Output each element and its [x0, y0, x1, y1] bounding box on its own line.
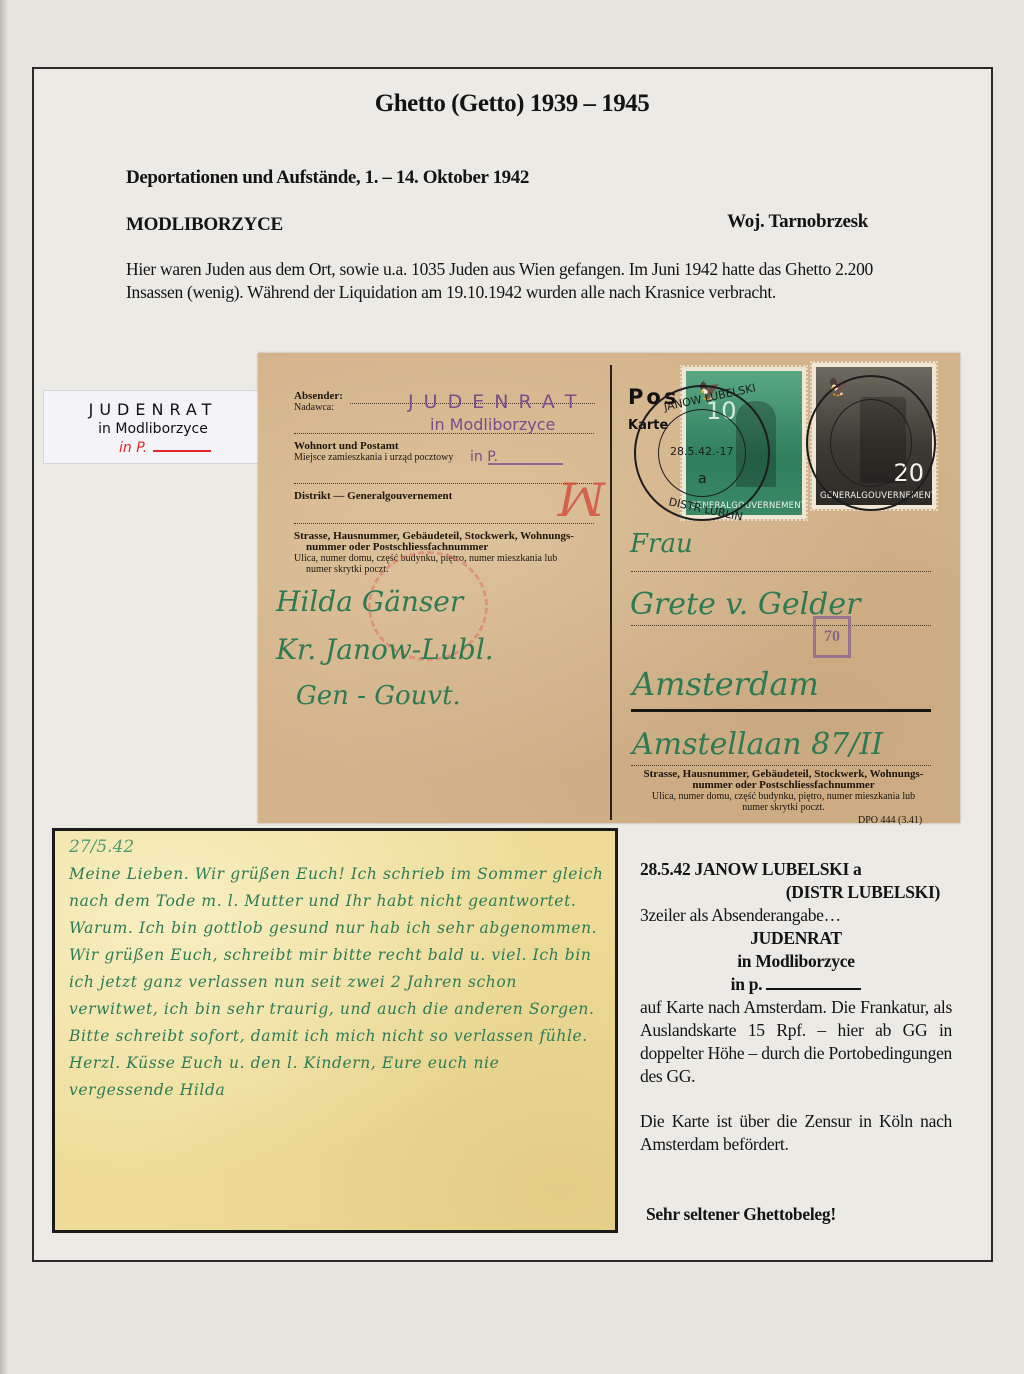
desc-sender-note: 3zeiler als Absenderangabe…	[640, 904, 952, 927]
district-dotted-line	[294, 523, 594, 524]
postmark-date: 28.5.42.-17	[670, 445, 733, 458]
sender-handwritten-line-3: Gen - Gouvt.	[296, 681, 461, 711]
red-crayon-mark: ꟽ	[558, 473, 605, 527]
desc-town: in Modliborzyce	[640, 950, 952, 973]
postcard-divider	[610, 365, 612, 820]
place-name: MODLIBORZYCE	[126, 214, 283, 236]
label-line-3: in P.	[44, 440, 262, 456]
desc-district-line: (DISTR LUBELSKI)	[640, 881, 952, 904]
intro-paragraph: Hier waren Juden aus dem Ort, sowie u.a.…	[126, 258, 873, 304]
region-name: Woj. Tarnobrzesk	[727, 211, 868, 233]
judenrat-handstamp-line-2: in Modliborzyce	[430, 415, 555, 434]
postcard-front: Absender: Nadawca: J U D E N R A T in Mo…	[258, 353, 960, 823]
recipient-dotted-line-1	[631, 571, 931, 572]
recipient-line-1: Frau	[630, 529, 693, 559]
desc-in-p: in p.	[640, 973, 952, 996]
desc-judenrat: JUDENRAT	[640, 927, 952, 950]
letter-message: Meine Lieben. Wir grüßen Euch! Ich schri…	[69, 861, 609, 1104]
label-blank-line	[153, 440, 211, 452]
page-title: Ghetto (Getto) 1939 – 1945	[0, 90, 1024, 118]
label-line-3-text: in P.	[119, 440, 147, 456]
label-line-1: JUDENRAT	[44, 400, 262, 419]
postmark-sub: a	[698, 471, 707, 487]
postcard-back: 27/5.42 Meine Lieben. Wir grüßen Euch! I…	[52, 828, 618, 1233]
recipient-line-4: Amstellaan 87/II	[632, 727, 883, 762]
judenrat-label: JUDENRAT in Modliborzyce in P.	[43, 390, 263, 464]
sender-handwritten-line-1: Hilda Gänser	[276, 585, 463, 618]
desc-blank-line	[766, 976, 861, 990]
description-block: 28.5.42 JANOW LUBELSKI a (DISTR LUBELSKI…	[640, 858, 952, 1156]
postmark-2-inner-ring	[830, 399, 912, 487]
residence-label: Wohnort und Postamt Miejsce zamieszkania…	[294, 441, 453, 463]
handstamp-blank-line	[488, 463, 563, 465]
recipient-dotted-line-3	[631, 765, 931, 766]
censor-mark: 70	[813, 616, 851, 658]
letter-date: 27/5.42	[69, 837, 134, 857]
label-line-2: in Modliborzyce	[44, 421, 262, 437]
residence-dotted-line	[294, 483, 594, 484]
closing-remark: Sehr seltener Ghettobeleg!	[646, 1204, 836, 1225]
sender-label: Absender: Nadawca:	[294, 391, 343, 413]
desc-paragraph-1: auf Karte nach Amsterdam. Die Frankatur,…	[640, 996, 952, 1088]
district-label: Distrikt — Generalgouvernement	[294, 491, 452, 502]
judenrat-handstamp-line-1: J U D E N R A T	[408, 391, 578, 413]
sender-dotted-line-2	[294, 433, 594, 434]
sender-handwritten-line-2: Kr. Janow-Lubl.	[276, 633, 494, 666]
city-underline	[631, 709, 931, 712]
page-binding-shadow	[0, 0, 8, 1374]
recipient-line-3: Amsterdam	[632, 665, 819, 703]
recipient-dotted-line-2	[631, 625, 931, 626]
desc-postmark-line: 28.5.42 JANOW LUBELSKI a	[640, 858, 952, 881]
printer-code: DPO 444 (3.41)	[858, 815, 922, 826]
recipient-street-label: Strasse, Hausnummer, Gebäudeteil, Stockw…	[631, 769, 936, 813]
page-subtitle: Deportationen und Aufstände, 1. – 14. Ok…	[126, 167, 529, 189]
desc-paragraph-2: Die Karte ist über die Zensur in Köln na…	[640, 1110, 952, 1156]
